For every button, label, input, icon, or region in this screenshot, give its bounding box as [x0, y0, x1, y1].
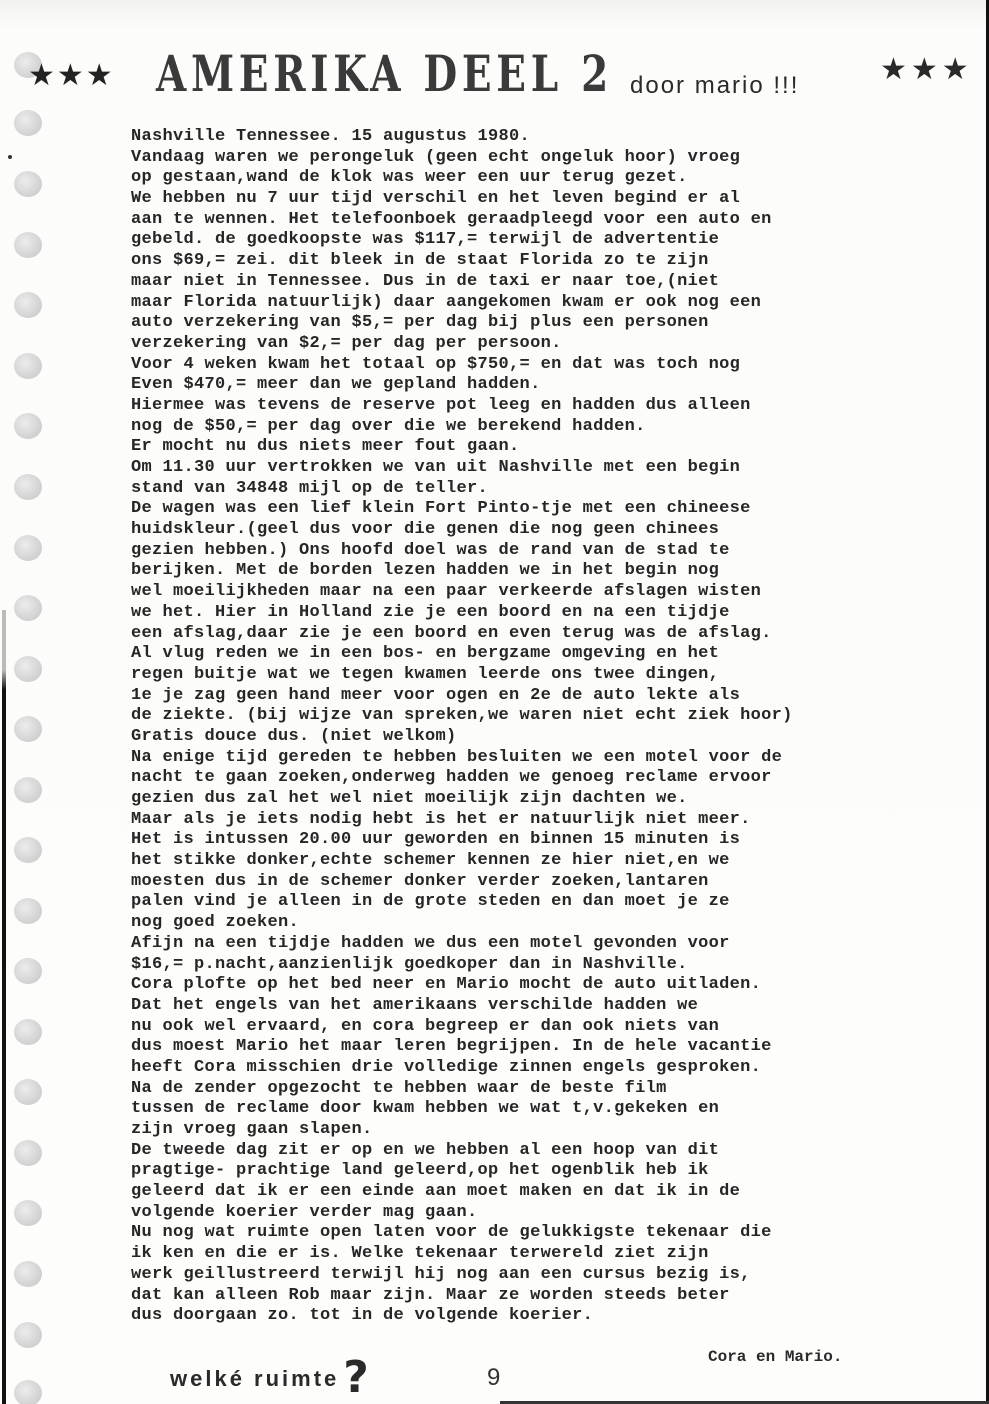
article-byline: door mario !!! [630, 72, 799, 100]
text-line: verzekering van $2,= per dag per persoon… [131, 334, 931, 355]
text-line: we het. Hier in Holland zie je een boord… [131, 603, 931, 624]
text-line: een afslag,daar zie je een boord en even… [131, 624, 931, 645]
text-line: Cora plofte op het bed neer en Mario moc… [131, 975, 931, 996]
text-line: Om 11.30 uur vertrokken we van uit Nashv… [131, 458, 931, 479]
text-line: gezien dus zal het wel niet moeilijk zij… [131, 789, 931, 810]
punch-hole-icon [14, 777, 42, 803]
text-line: Na de zender opgezocht te hebben waar de… [131, 1079, 931, 1100]
punch-hole-icon [14, 837, 42, 863]
text-line: op gestaan,wand de klok was weer een uur… [131, 168, 931, 189]
text-line: pragtige- prachtige land geleerd,op het … [131, 1161, 931, 1182]
article-body: Nashville Tennessee. 15 augustus 1980.Va… [131, 127, 931, 1327]
text-line: nu ook wel ervaard, en cora begreep er d… [131, 1017, 931, 1038]
text-line: regen buitje wat we tegen kwamen leerde … [131, 665, 931, 686]
text-line: Even $470,= meer dan we gepland hadden. [131, 375, 931, 396]
text-line: $16,= p.nacht,aanzienlijk goedkoper dan … [131, 955, 931, 976]
text-line: nacht te gaan zoeken,onderweg hadden we … [131, 768, 931, 789]
text-line: werk geillustreerd terwijl hij nog aan e… [131, 1265, 931, 1286]
text-line: Er mocht nu dus niets meer fout gaan. [131, 437, 931, 458]
punch-hole-icon [14, 535, 42, 561]
punch-hole-icon [14, 292, 42, 318]
text-line: gebeld. de goedkoopste was $117,= terwij… [131, 230, 931, 251]
text-line: Voor 4 weken kwam het totaal op $750,= e… [131, 355, 931, 376]
text-line: maar niet in Tennessee. Dus in de taxi e… [131, 272, 931, 293]
text-line: De tweede dag zit er op en we hebben al … [131, 1141, 931, 1162]
text-line: Nu nog wat ruimte open laten voor de gel… [131, 1223, 931, 1244]
text-line: palen vind je alleen in de grote steden … [131, 892, 931, 913]
text-line: auto verzekering van $5,= per dag bij pl… [131, 313, 931, 334]
text-line: nog de $50,= per dag over die we bereken… [131, 417, 931, 438]
ink-speck [8, 155, 12, 159]
punch-hole-icon [14, 232, 42, 258]
punch-hole-icon [14, 1380, 42, 1404]
text-line: Maar als je iets nodig hebt is het er na… [131, 810, 931, 831]
punch-hole-icon [14, 1200, 42, 1226]
punch-hole-icon [14, 1322, 42, 1348]
punch-hole-icon [14, 898, 42, 924]
text-line: berijken. Met de borden lezen hadden we … [131, 561, 931, 582]
text-line: Na enige tijd gereden te hebben besluite… [131, 748, 931, 769]
text-line: Hiermee was tevens de reserve pot leeg e… [131, 396, 931, 417]
text-line: We hebben nu 7 uur tijd verschil en het … [131, 189, 931, 210]
text-line: de ziekte. (bij wijze van spreken,we war… [131, 706, 931, 727]
text-line: gezien hebben.) Ons hoofd doel was de ra… [131, 541, 931, 562]
question-mark-icon: ? [343, 1352, 372, 1403]
punch-hole-icon [14, 110, 42, 136]
punch-hole-icon [14, 1140, 42, 1166]
text-line: geleerd dat ik er een einde aan moet mak… [131, 1182, 931, 1203]
punch-hole-icon [14, 413, 42, 439]
text-line: stand van 34848 mijl op de teller. [131, 479, 931, 500]
stars-left-icon: ★★★ [28, 58, 115, 93]
text-line: zijn vroeg gaan slapen. [131, 1120, 931, 1141]
text-line: Gratis douce dus. (niet welkom) [131, 727, 931, 748]
footer-caption: welké ruimte? [170, 1346, 372, 1397]
text-line: nog goed zoeken. [131, 913, 931, 934]
punch-hole-icon [14, 353, 42, 379]
punch-hole-icon [14, 958, 42, 984]
text-line: 1e je zag geen hand meer voor ogen en 2e… [131, 686, 931, 707]
page-edge-left [2, 610, 6, 1404]
text-line: ik ken en die er is. Welke tekenaar terw… [131, 1244, 931, 1265]
text-line: Dat het engels van het amerikaans versch… [131, 996, 931, 1017]
text-line: dus doorgaan zo. tot in de volgende koer… [131, 1306, 931, 1327]
text-line: Het is intussen 20.00 uur geworden en bi… [131, 830, 931, 851]
punch-hole-icon [14, 716, 42, 742]
signature: Cora en Mario. [708, 1348, 842, 1366]
punch-hole-icon [14, 595, 42, 621]
punch-hole-icon [14, 1019, 42, 1045]
caption-text: welké ruimte [170, 1366, 339, 1391]
text-line: Al vlug reden we in een bos- en bergzame… [131, 644, 931, 665]
document-page: ★★★ AMERIKA DEEL 2 door mario !!! ★★★ Na… [0, 0, 989, 1404]
text-line: aan te wennen. Het telefoonboek geraadpl… [131, 210, 931, 231]
punch-hole-icon [14, 171, 42, 197]
text-line: Afijn na een tijdje hadden we dus een mo… [131, 934, 931, 955]
text-line: volgende koerier verder mag gaan. [131, 1203, 931, 1224]
text-line: maar Florida natuurlijk) daar aangekomen… [131, 293, 931, 314]
text-line: huidskleur.(geel dus voor die genen die … [131, 520, 931, 541]
text-line: het stikke donker,echte schemer kennen z… [131, 851, 931, 872]
punch-hole-icon [14, 474, 42, 500]
text-line: De wagen was een lief klein Fort Pinto-t… [131, 499, 931, 520]
punch-hole-icon [14, 1261, 42, 1287]
text-line: dat kan alleen Rob maar zijn. Maar ze wo… [131, 1286, 931, 1307]
text-line: dus moest Mario het maar leren begrijpen… [131, 1037, 931, 1058]
article-header: ★★★ AMERIKA DEEL 2 door mario !!! ★★★ [28, 48, 989, 108]
text-line: tussen de reclame door kwam hebben we wa… [131, 1099, 931, 1120]
punch-hole-icon [14, 656, 42, 682]
text-line: wel moeilijkheden maar na een paar verke… [131, 582, 931, 603]
page-number: 9 [487, 1364, 500, 1392]
text-line: moesten dus in de schemer donker verder … [131, 872, 931, 893]
article-title: AMERIKA DEEL 2 [156, 44, 613, 103]
text-line: heeft Cora misschien drie volledige zinn… [131, 1058, 931, 1079]
text-line: ons $69,= zei. dit bleek in de staat Flo… [131, 251, 931, 272]
text-line: Vandaag waren we perongeluk (geen echt o… [131, 148, 931, 169]
text-line: Nashville Tennessee. 15 augustus 1980. [131, 127, 931, 148]
stars-right-icon: ★★★ [880, 52, 973, 87]
punch-hole-icon [14, 1079, 42, 1105]
